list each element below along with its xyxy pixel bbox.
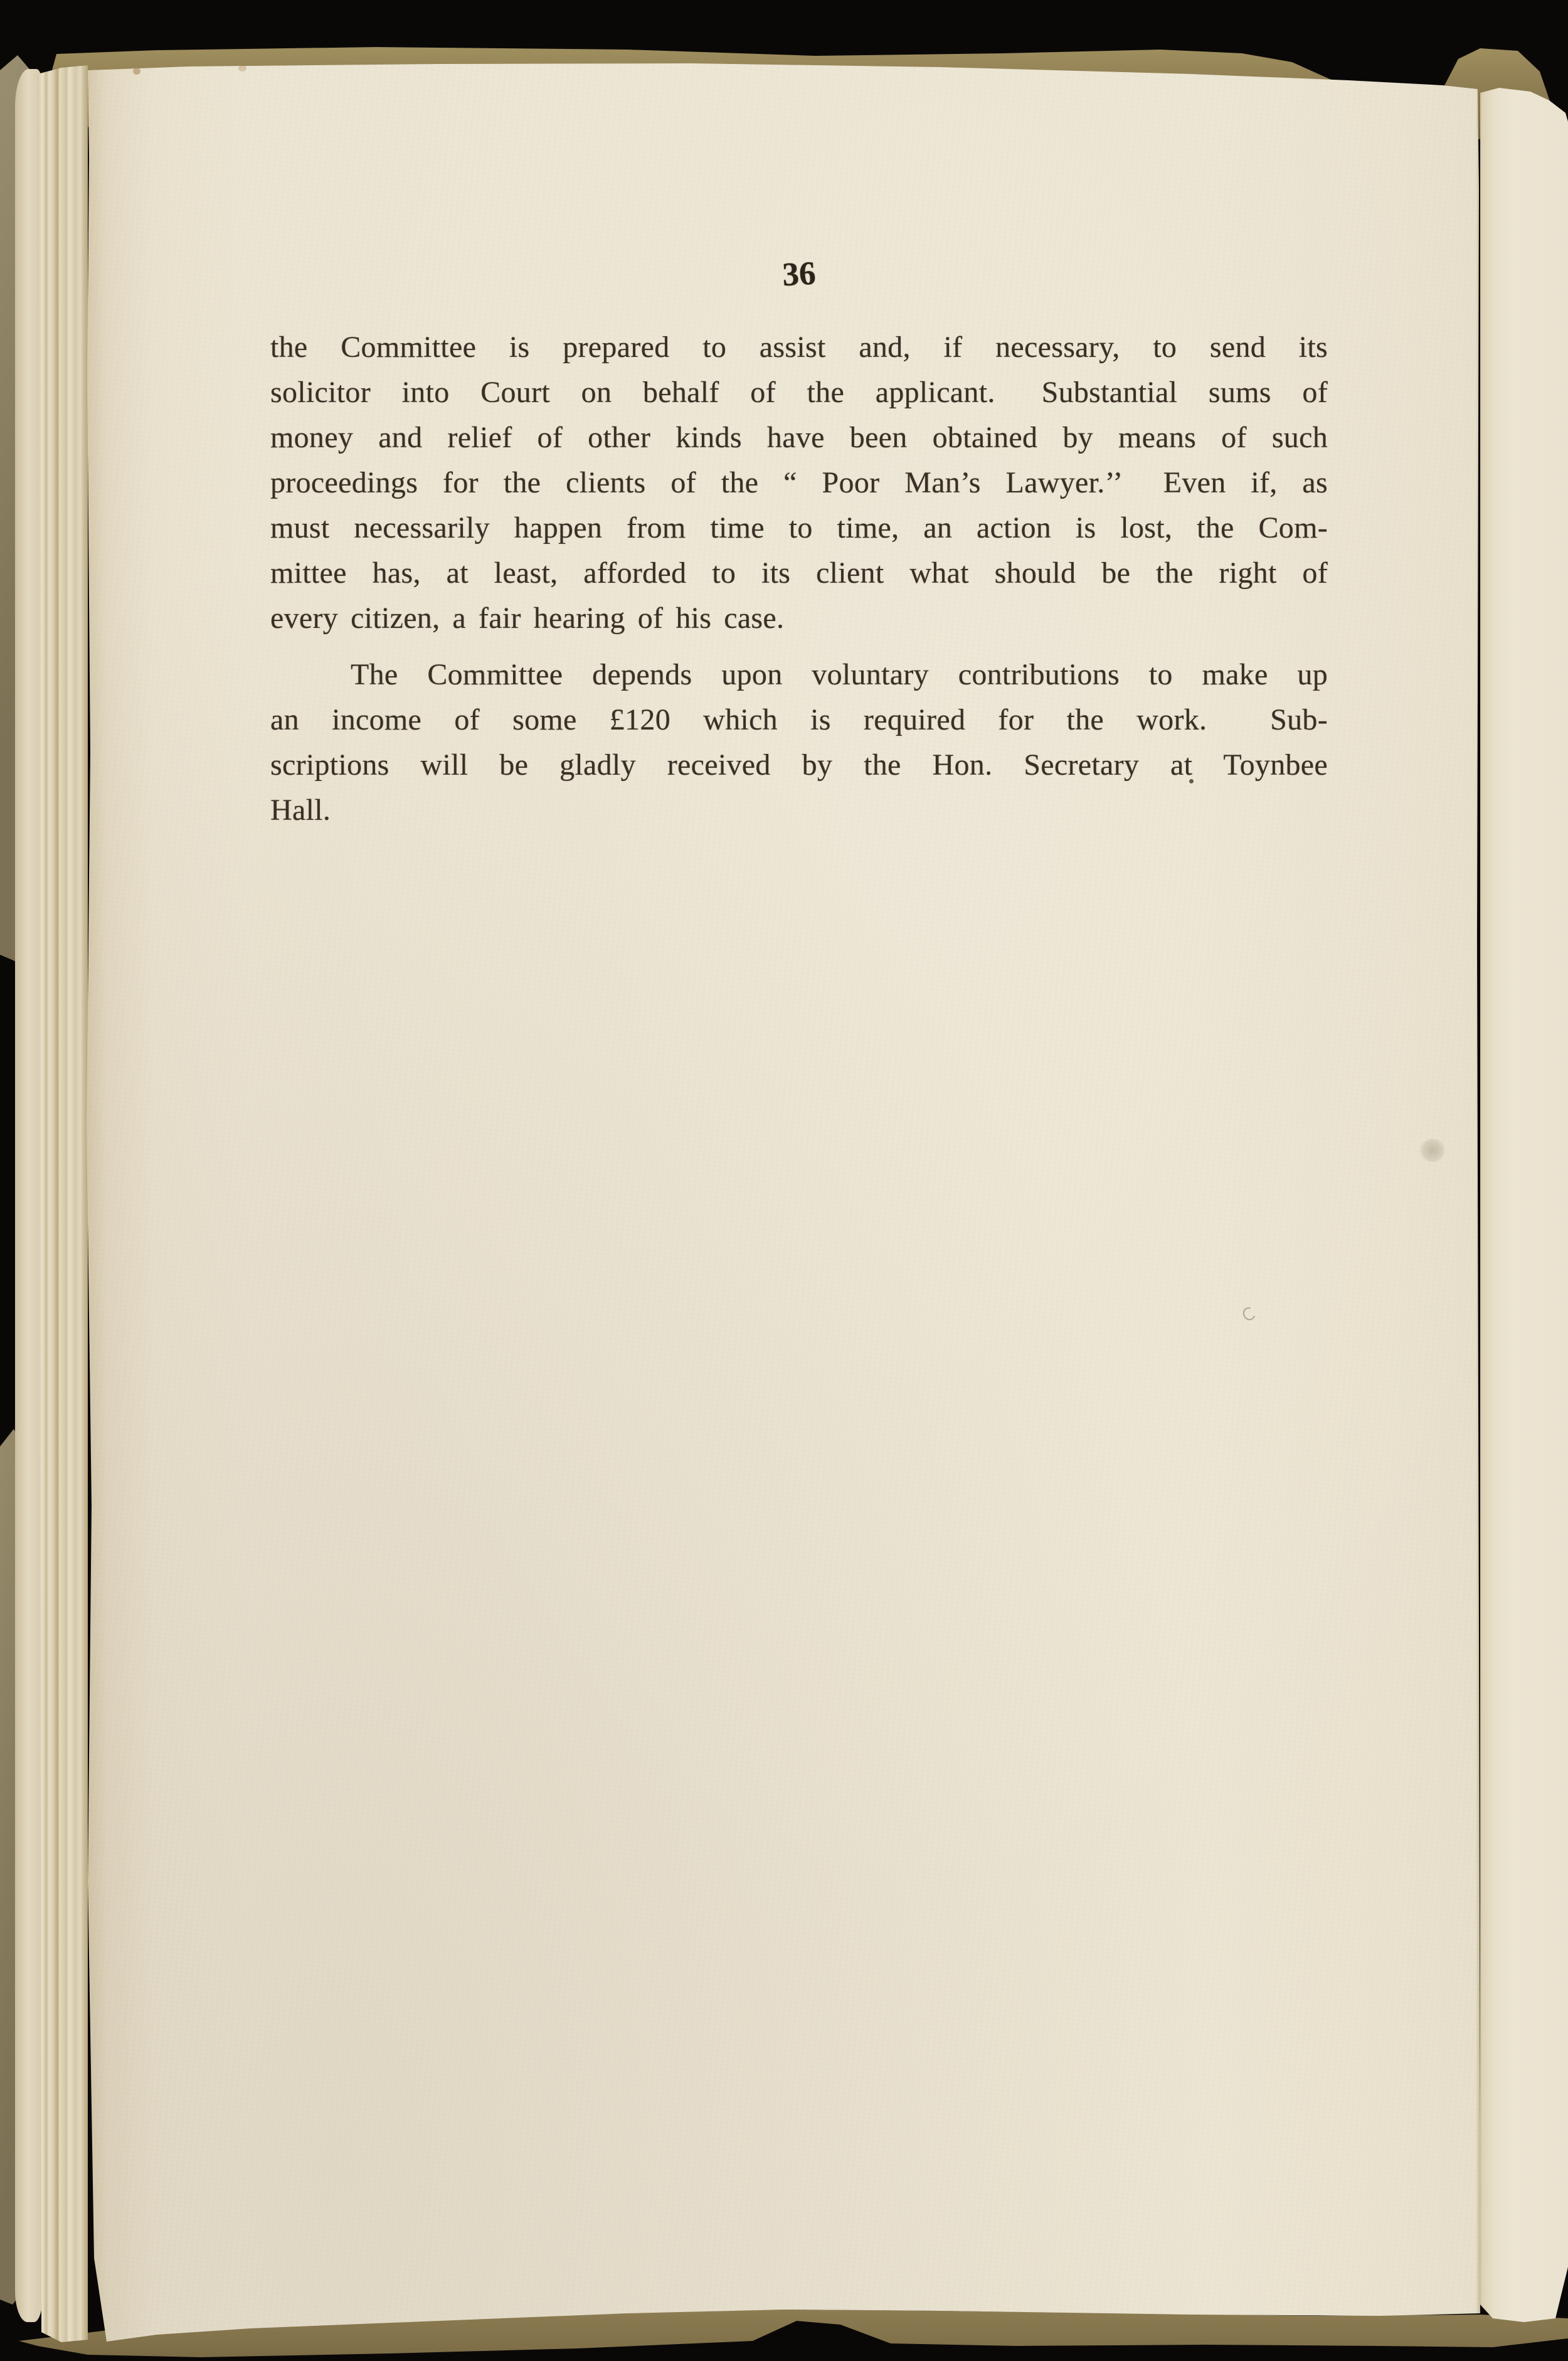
underlying-page-edge (1478, 84, 1568, 2323)
text-line: money and relief of other kinds have bee… (270, 415, 1328, 460)
text-line: every citizen, a fair hearing of his cas… (270, 596, 1328, 641)
text-line: scriptions will be gladly received by th… (270, 743, 1328, 788)
text-line: solicitor into Court on behalf of the ap… (270, 370, 1328, 415)
text-line: mittee has, at least, afforded to its cl… (270, 551, 1328, 596)
text-line: an income of some £120 which is required… (270, 698, 1328, 743)
text-line: must necessarily happen from time to tim… (270, 506, 1328, 551)
text-line: The Committee depends upon voluntary con… (270, 652, 1328, 698)
book-scan: 36 the Committee is prepared to assist a… (0, 0, 1568, 2361)
paragraph-2: The Committee depends upon voluntary con… (270, 652, 1328, 833)
page-stack-edges (36, 63, 88, 2343)
text-line: proceedings for the clients of the “ Poo… (270, 460, 1328, 506)
text-line: the Committee is prepared to assist and,… (270, 325, 1328, 370)
page-number: 36 (736, 253, 863, 295)
paragraph-1: the Committee is prepared to assist and,… (270, 325, 1328, 641)
text-line: Hall. (270, 788, 1328, 833)
